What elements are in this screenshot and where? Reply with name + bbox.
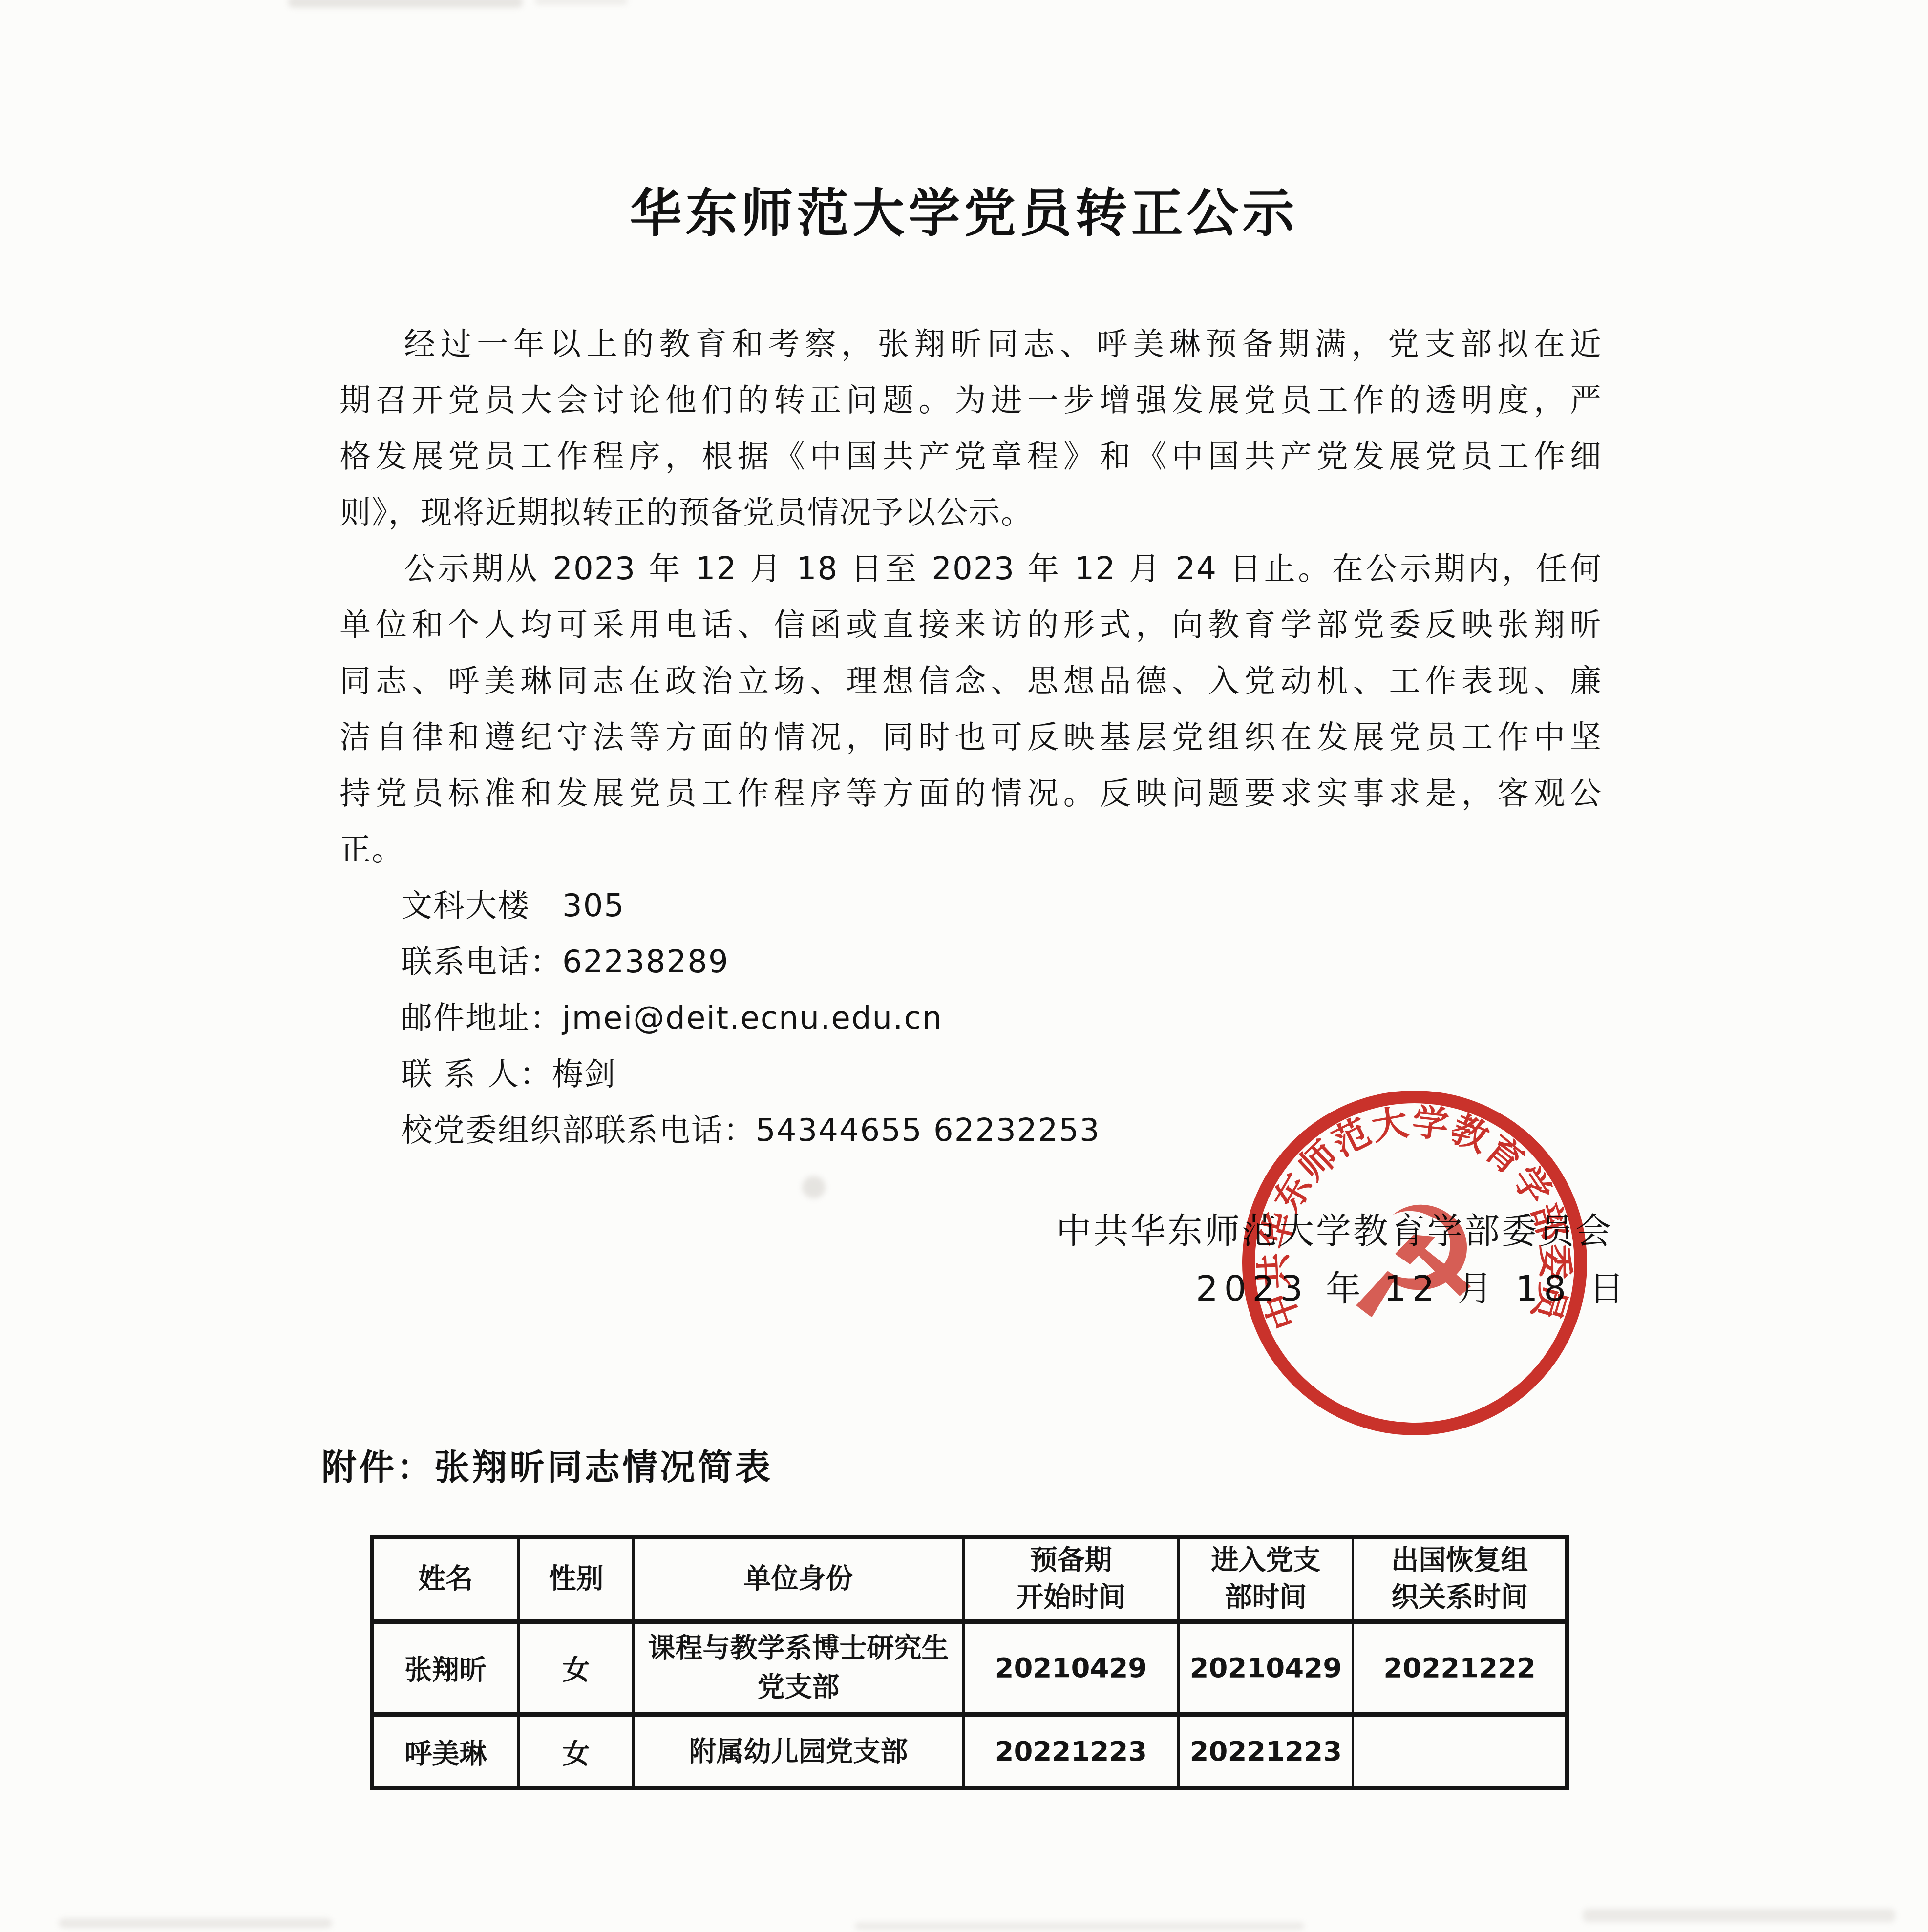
scan-smudge-top <box>288 0 523 8</box>
header-gender: 性别 <box>519 1537 634 1621</box>
contact-location: 文科大楼 305 <box>339 878 1602 934</box>
paragraph1-line: 经过一年以上的教育和考察，张翔昕同志、呼美琳预备期满，党支部拟在近 <box>339 316 1602 373</box>
paragraph1-line: 格发展党员工作程序，根据《中国共产党章程》和《中国共产党发展党员工作细 <box>339 429 1602 485</box>
cell-branch-entry: 20210429 <box>1179 1621 1353 1714</box>
scanned-document-page: 华东师范大学党员转正公示 经过一年以上的教育和考察，张翔昕同志、呼美琳预备期满，… <box>0 0 1928 1932</box>
table-row: 张翔昕 女 课程与教学系博士研究生党支部 20210429 20210429 2… <box>372 1621 1567 1714</box>
cell-probation-start: 20221223 <box>963 1714 1178 1788</box>
header-unit: 单位身份 <box>634 1537 963 1621</box>
cell-probation-start: 20210429 <box>963 1621 1178 1714</box>
document-title: 华东师范大学党员转正公示 <box>0 172 1928 246</box>
paragraph2-line: 洁自律和遵纪守法等方面的情况，同时也可反映基层党组织在发展党员工作中坚 <box>339 710 1602 766</box>
paragraph1-line: 则》，现将近期拟转正的预备党员情况予以公示。 <box>339 485 1602 541</box>
table-row: 呼美琳 女 附属幼儿园党支部 20221223 20221223 <box>372 1714 1567 1788</box>
header-probation-start: 预备期 开始时间 <box>963 1537 1178 1621</box>
cell-branch-entry: 20221223 <box>1179 1714 1353 1788</box>
paragraph2-line: 单位和个人均可采用电话、信函或直接来访的形式，向教育学部党委反映张翔昕 <box>339 597 1602 653</box>
paragraph2-line: 同志、呼美琳同志在政治立场、理想信念、思想品德、入党动机、工作表现、廉 <box>339 653 1602 710</box>
cell-gender: 女 <box>519 1621 634 1714</box>
header-branch-entry: 进入党支 部时间 <box>1179 1537 1353 1621</box>
contact-email: 邮件地址：jmei@deit.ecnu.edu.cn <box>339 990 1602 1047</box>
paragraph2-line: 正。 <box>339 822 1602 878</box>
paragraph1-line: 期召开党员大会讨论他们的转正问题。为进一步增强发展党员工作的透明度，严 <box>339 373 1602 429</box>
scan-smudge-bottom-right <box>1583 1909 1895 1922</box>
attachment-label: 附件：张翔昕同志情况简表 <box>321 1439 773 1490</box>
cell-gender: 女 <box>519 1714 634 1788</box>
scan-smudge-bottom-center <box>855 1922 1304 1930</box>
contact-phone: 联系电话：62238289 <box>339 934 1602 990</box>
official-seal-stamp: 中共华东师范大学教育学部委员会 ☭ <box>1224 1072 1606 1454</box>
cell-abroad-restore: 20221222 <box>1353 1621 1567 1714</box>
header-abroad-restore: 出国恢复组 织关系时间 <box>1353 1537 1567 1621</box>
paragraph2-line: 持党员标准和发展党员工作程序等方面的情况。反映问题要求实事求是，客观公 <box>339 766 1602 822</box>
header-name: 姓名 <box>372 1537 519 1621</box>
cell-name: 张翔昕 <box>372 1621 519 1714</box>
attachment-table-wrapper: 姓名 性别 单位身份 预备期 开始时间 进入党支 部时间 出国恢复组 织关系时间… <box>370 1535 1569 1790</box>
scan-smudge-mid <box>802 1176 826 1198</box>
document-body: 经过一年以上的教育和考察，张翔昕同志、呼美琳预备期满，党支部拟在近 期召开党员大… <box>339 316 1602 1159</box>
scan-smudge-bottom-left <box>59 1918 332 1928</box>
table-header-row: 姓名 性别 单位身份 预备期 开始时间 进入党支 部时间 出国恢复组 织关系时间 <box>372 1537 1567 1621</box>
cell-name: 呼美琳 <box>372 1714 519 1788</box>
cell-unit: 课程与教学系博士研究生党支部 <box>634 1621 963 1714</box>
scan-smudge-top-2 <box>535 0 628 5</box>
hammer-sickle-icon: ☭ <box>1341 1172 1488 1358</box>
paragraph2-line: 公示期从 2023 年 12 月 18 日至 2023 年 12 月 24 日止… <box>339 541 1602 597</box>
cell-abroad-restore <box>1353 1714 1567 1788</box>
member-roster-table: 姓名 性别 单位身份 预备期 开始时间 进入党支 部时间 出国恢复组 织关系时间… <box>370 1535 1569 1790</box>
cell-unit: 附属幼儿园党支部 <box>634 1714 963 1788</box>
